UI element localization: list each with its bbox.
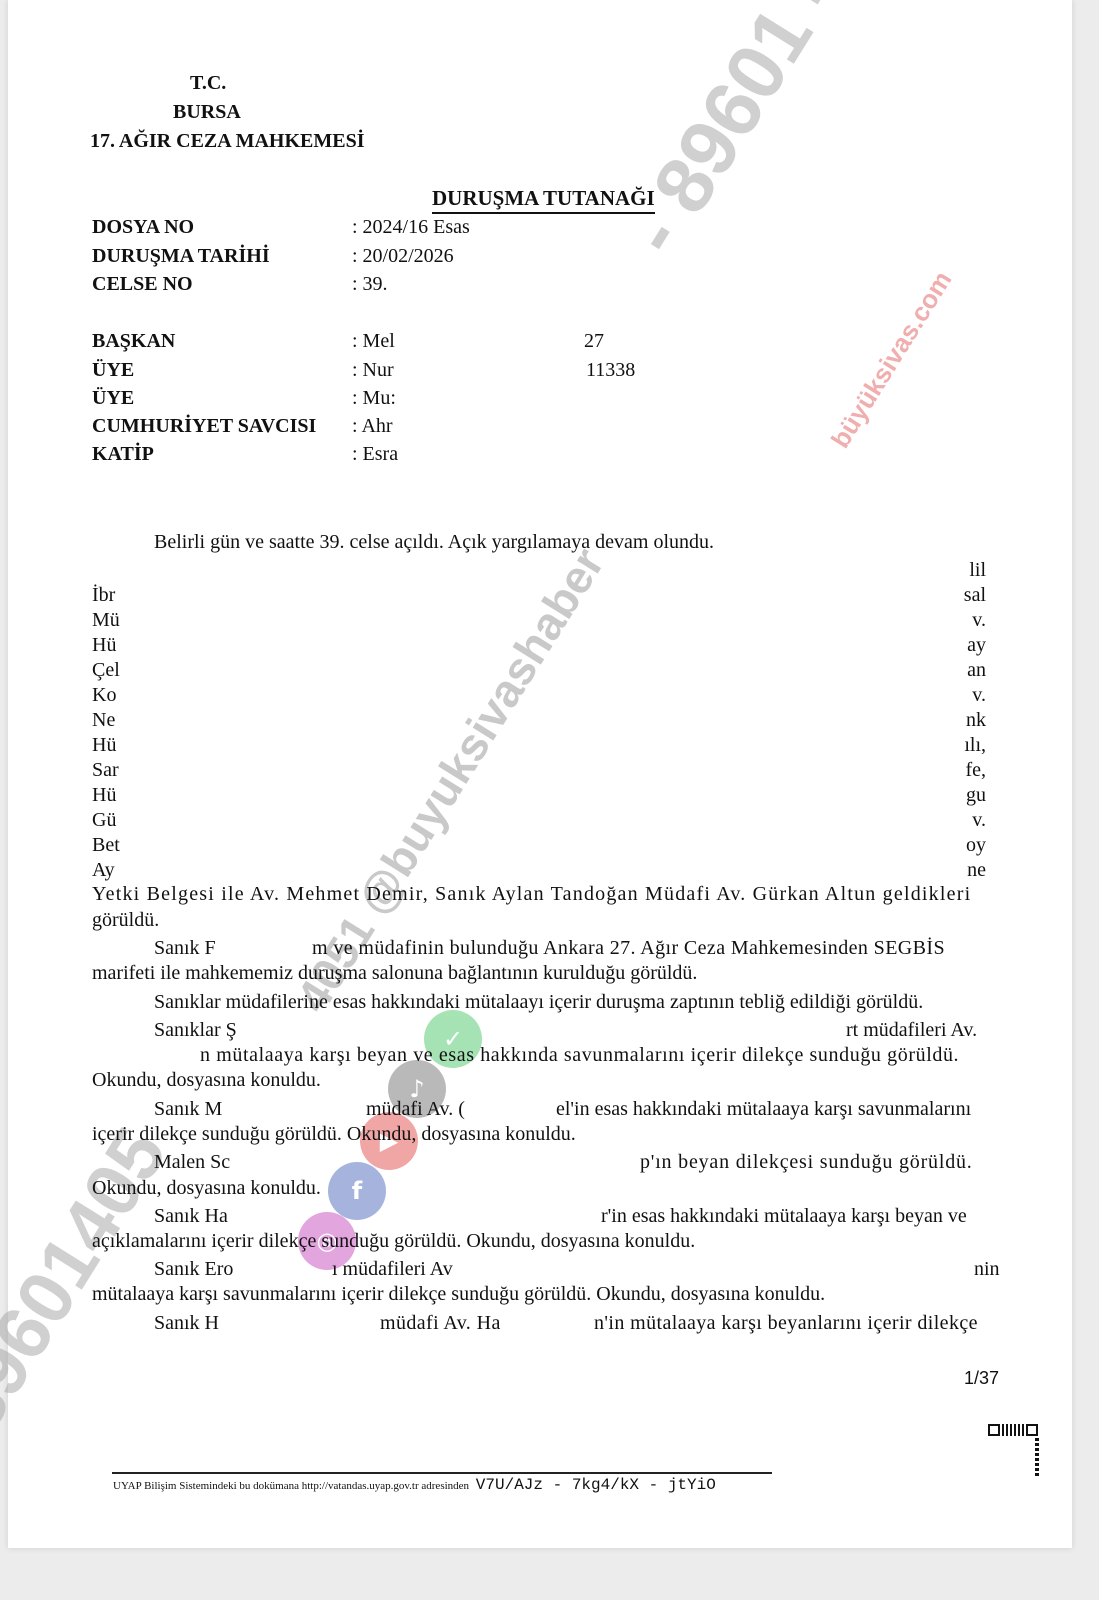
case-value-dosya: : 2024/16 Esas bbox=[352, 216, 470, 239]
panel-value-katip: : Esra bbox=[352, 443, 398, 466]
paragraph-last-start: Sanık H bbox=[154, 1312, 219, 1335]
footer-text: UYAP Bilişim Sistemindeki bu dokümana ht… bbox=[113, 1480, 469, 1492]
redacted-line-end: ne bbox=[967, 859, 986, 882]
footer-verification-code: V7U/AJz - 7kg4/kX - jtYiO bbox=[476, 1476, 716, 1494]
paragraph-h-start: Sanık Ha bbox=[154, 1205, 228, 1228]
paragraph-m-end: el'in esas hakkındaki mütalaaya karşı sa… bbox=[556, 1098, 971, 1121]
redacted-line-end: sal bbox=[964, 584, 986, 607]
panel-extra-uye-1: 11338 bbox=[586, 359, 635, 382]
paragraph-malen-line2: Okundu, dosyasına konuldu. bbox=[92, 1177, 321, 1200]
redacted-line-end: ay bbox=[967, 634, 986, 657]
paragraph-ero-end: nin bbox=[974, 1258, 1000, 1281]
case-label-tarih: DURUŞMA TARİHİ bbox=[92, 245, 270, 268]
panel-label-uye-1: ÜYE bbox=[92, 359, 134, 382]
redacted-line-end: ılı, bbox=[964, 734, 986, 757]
redacted-line-end: v. bbox=[972, 609, 986, 632]
facebook-icon: f bbox=[328, 1162, 386, 1220]
paragraph-saniklar-line3: Okundu, dosyasına konuldu. bbox=[92, 1069, 321, 1092]
case-value-tarih: : 20/02/2026 bbox=[352, 245, 454, 268]
redacted-line-start: Gü bbox=[92, 809, 116, 832]
paragraph-opening: Belirli gün ve saatte 39. celse açıldı. … bbox=[154, 531, 714, 554]
paragraph-last-mid: müdafi Av. Ha bbox=[380, 1312, 501, 1335]
header-court: 17. AĞIR CEZA MAHKEMESİ bbox=[90, 130, 364, 153]
watermark-id-top: - 89601 4051 - bbox=[609, 0, 963, 270]
paragraph-malen-start: Malen Sc bbox=[154, 1151, 230, 1174]
panel-label-uye-2: ÜYE bbox=[92, 387, 134, 410]
redacted-line-start: İbr bbox=[92, 584, 115, 607]
paragraph-malen-end: p'ın beyan dilekçesi sunduğu görüldü. bbox=[640, 1151, 973, 1174]
redacted-line-end: v. bbox=[972, 809, 986, 832]
paragraph-ero-mid: ı müdafileri Av bbox=[332, 1258, 453, 1281]
panel-value-baskan: : Mel bbox=[352, 330, 395, 353]
paragraph-m-line2: içerir dilekçe sunduğu görüldü. Okundu, … bbox=[92, 1123, 576, 1146]
paragraph-segbis-start: Sanık F bbox=[154, 937, 216, 960]
header-tc: T.C. bbox=[190, 72, 226, 95]
paragraph-m-start: Sanık M bbox=[154, 1098, 222, 1121]
redacted-line-start: Ko bbox=[92, 684, 116, 707]
panel-value-uye-1: : Nur bbox=[352, 359, 394, 382]
redacted-line-end: oy bbox=[966, 834, 986, 857]
footer-uyap-note: UYAP Bilişim Sistemindeki bu dokümana ht… bbox=[113, 1476, 716, 1494]
paragraph-yetki-end: görüldü. bbox=[92, 909, 159, 932]
redacted-line-end: an bbox=[967, 659, 986, 682]
qr-code-strip bbox=[1035, 1438, 1039, 1478]
panel-label-baskan: BAŞKAN bbox=[92, 330, 175, 353]
footer-divider bbox=[112, 1472, 772, 1474]
panel-label-katip: KATİP bbox=[92, 443, 154, 466]
paragraph-saniklar-start: Sanıklar Ş bbox=[154, 1019, 237, 1042]
redacted-line-end: nk bbox=[966, 709, 986, 732]
paragraph-last-end: n'in mütalaaya karşı beyanlarını içerir … bbox=[594, 1312, 978, 1335]
paragraph-saniklar-line2: n mütalaaya karşı beyan ve esas hakkında… bbox=[200, 1044, 959, 1067]
watermark-brand: büyüksivas.com bbox=[825, 266, 958, 454]
paragraph-h-line2: açıklamalarını içerir dilekçe sunduğu gö… bbox=[92, 1230, 695, 1253]
redacted-line-end: fe, bbox=[965, 759, 986, 782]
panel-label-savci: CUMHURİYET SAVCISI bbox=[92, 415, 316, 438]
panel-value-uye-2: : Mu: bbox=[352, 387, 396, 410]
paragraph-ero-start: Sanık Ero bbox=[154, 1258, 233, 1281]
document-page: - 89601 4051 - 89601405 4051 @buyuksivas… bbox=[8, 0, 1072, 1548]
redacted-line-start: Hü bbox=[92, 634, 116, 657]
page-number: 1/37 bbox=[964, 1368, 999, 1389]
case-label-dosya: DOSYA NO bbox=[92, 216, 194, 239]
case-value-celse: : 39. bbox=[352, 273, 388, 296]
redacted-line-end: lil bbox=[969, 559, 986, 582]
redacted-line-start: Ne bbox=[92, 709, 115, 732]
header-city: BURSA bbox=[173, 101, 241, 124]
panel-value-savci: : Ahr bbox=[352, 415, 393, 438]
case-label-celse: CELSE NO bbox=[92, 273, 193, 296]
panel-extra-baskan: 27 bbox=[584, 330, 604, 353]
paragraph-yetki: Yetki Belgesi ile Av. Mehmet Demir, Sanı… bbox=[92, 883, 971, 906]
paragraph-saniklar-end: rt müdafileri Av. bbox=[846, 1019, 977, 1042]
redacted-line-start: Bet bbox=[92, 834, 120, 857]
paragraph-h-end: r'in esas hakkındaki mütalaaya karşı bey… bbox=[601, 1205, 967, 1228]
redacted-line-start: Mü bbox=[92, 609, 120, 632]
redacted-line-start: Hü bbox=[92, 784, 116, 807]
redacted-line-end: v. bbox=[972, 684, 986, 707]
redacted-line-end: gu bbox=[966, 784, 986, 807]
redacted-line-start: Hü bbox=[92, 734, 116, 757]
paragraph-segbis-line2: marifeti ile mahkememiz duruşma salonuna… bbox=[92, 962, 697, 985]
redacted-line-start: Çel bbox=[92, 659, 120, 682]
paragraph-segbis-rest: m ve müdafinin bulunduğu Ankara 27. Ağır… bbox=[312, 937, 945, 960]
redacted-line-start: Ay bbox=[92, 859, 115, 882]
redacted-line-start: Sar bbox=[92, 759, 119, 782]
document-title: DURUŞMA TUTANAĞI bbox=[432, 186, 655, 214]
paragraph-m-mid: müdafi Av. ( bbox=[366, 1098, 465, 1121]
qr-code-icon bbox=[988, 1424, 1040, 1438]
paragraph-ero-line2: mütalaaya karşı savunmalarını içerir dil… bbox=[92, 1283, 825, 1306]
paragraph-teblig: Sanıklar müdafilerine esas hakkındaki mü… bbox=[154, 991, 923, 1014]
